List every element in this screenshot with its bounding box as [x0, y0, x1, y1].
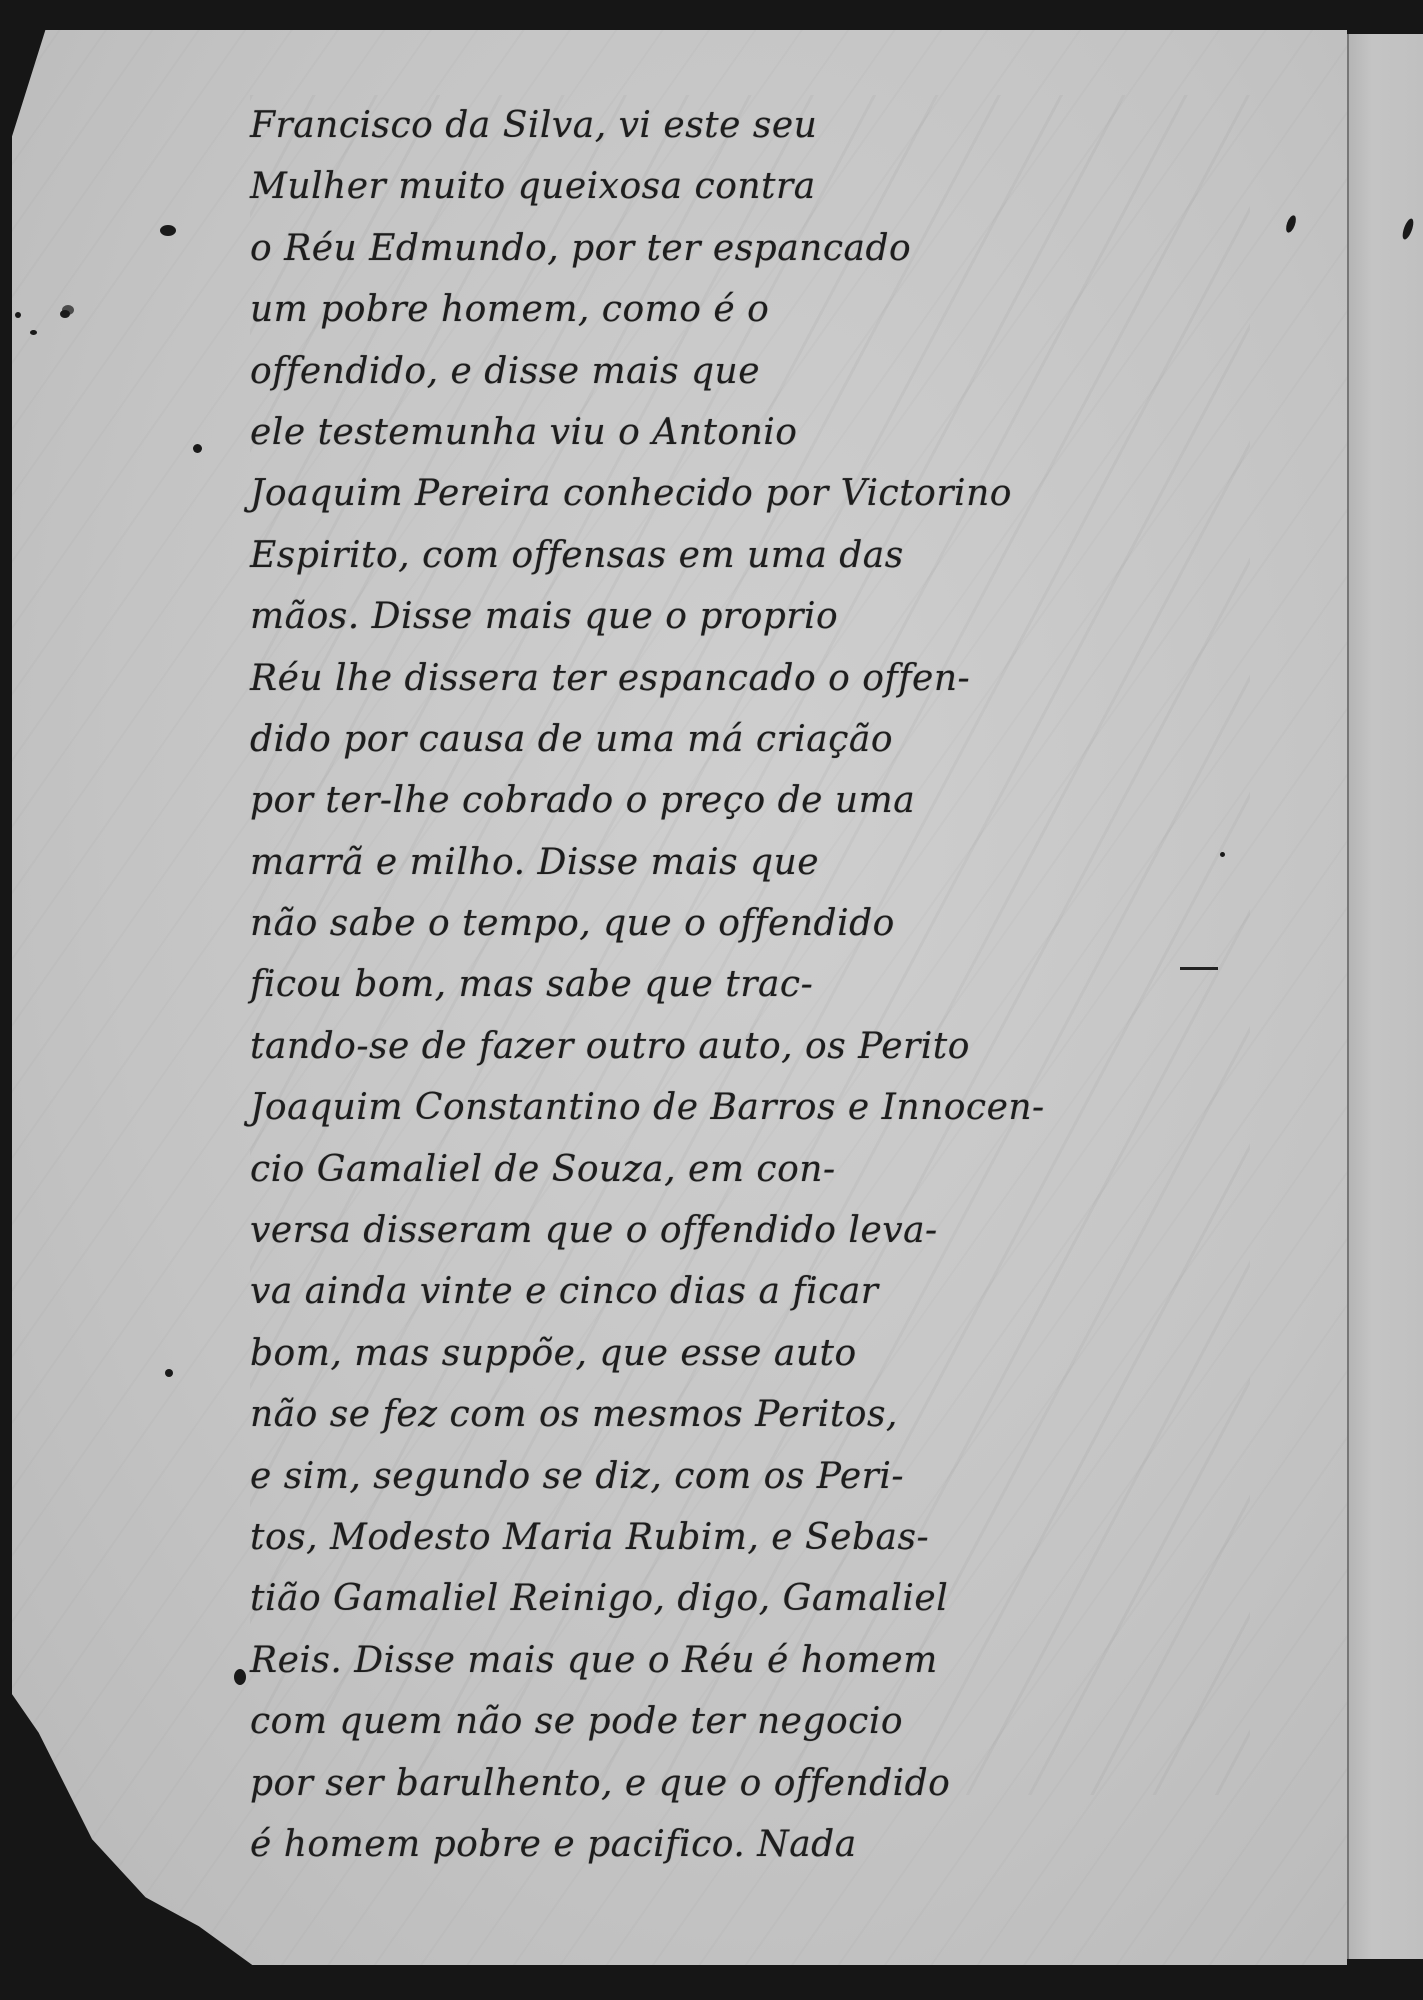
text-line: tos, Modesto Maria Rubim, e Sebas- [250, 1507, 1240, 1568]
ink-blot [160, 225, 176, 236]
ink-blot [62, 305, 74, 315]
text-line: não sabe o tempo, que o offendido [250, 893, 1240, 954]
text-line: versa disseram que o offendido leva- [250, 1200, 1240, 1261]
text-line: por ter-lhe cobrado o preço de uma [250, 770, 1240, 831]
text-line: va ainda vinte e cinco dias a ficar [250, 1261, 1240, 1322]
text-line: dido por causa de uma má criação [250, 709, 1240, 770]
text-line: tião Gamaliel Reinigo, digo, Gamaliel [250, 1568, 1240, 1629]
text-line: Réu lhe dissera ter espancado o offen- [250, 648, 1240, 709]
text-line: por ser barulhento, e que o offendido [250, 1753, 1240, 1814]
text-line: não se fez com os mesmos Peritos, [250, 1384, 1240, 1445]
text-line: mãos. Disse mais que o proprio [250, 586, 1240, 647]
text-line: ficou bom, mas sabe que trac- [250, 954, 1240, 1015]
text-line: tando-se de fazer outro auto, os Perito [250, 1016, 1240, 1077]
text-line: Joaquim Pereira conhecido por Victorino [250, 463, 1240, 524]
text-line: Francisco da Silva, vi este seu [250, 95, 1240, 156]
text-line: com quem não se pode ter negocio [250, 1691, 1240, 1752]
ink-blot [193, 444, 202, 453]
ink-blot [30, 330, 37, 335]
text-line: é homem pobre e pacifico. Nada [250, 1814, 1240, 1875]
text-line: Reis. Disse mais que o Réu é homem [250, 1630, 1240, 1691]
text-line: um pobre homem, como é o [250, 279, 1240, 340]
text-line: ele testemunha viu o Antonio [250, 402, 1240, 463]
ink-blot [15, 312, 21, 318]
text-line: Mulher muito queixosa contra [250, 156, 1240, 217]
manuscript-text: Francisco da Silva, vi este seu Mulher m… [250, 95, 1240, 1875]
text-line: Espirito, com offensas em uma das [250, 525, 1240, 586]
text-line: marrã e milho. Disse mais que [250, 832, 1240, 893]
text-line: cio Gamaliel de Souza, em con- [250, 1139, 1240, 1200]
ink-blot [165, 1369, 173, 1377]
adjacent-page-edge [1347, 34, 1423, 1959]
text-line: bom, mas suppõe, que esse auto [250, 1323, 1240, 1384]
ink-blot [234, 1669, 246, 1685]
text-line: Joaquim Constantino de Barros e Innocen- [250, 1077, 1240, 1138]
text-line: e sim, segundo se diz, com os Peri- [250, 1446, 1240, 1507]
text-line: o Réu Edmundo, por ter espancado [250, 218, 1240, 279]
text-line: offendido, e disse mais que [250, 341, 1240, 402]
